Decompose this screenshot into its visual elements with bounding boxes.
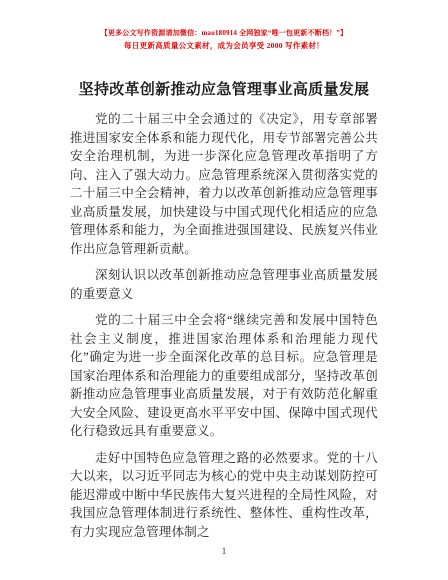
page-title: 坚持改革创新推动应急管理事业高质量发展 [0,78,448,99]
document-page: 【更多公文写作资源请加微信：mao180914 全网独家“唯一包更新不断档！”】… [0,0,448,580]
page-number: 1 [0,546,448,556]
document-body: 党的二十届三中全会通过的《决定》，用专章部署推进国家安全体系和能力现代化，用专节… [70,110,378,541]
promo-header-line2: 每日更新高质量公文素材，成为会员享受 2000 写作素材！ [0,41,448,51]
paragraph-section-heading: 深刻认识以改革创新推动应急管理事业高质量发展的重要意义 [70,266,378,303]
paragraph-significance: 党的二十届三中全会将“继续完善和发展中国特色社会主义制度，推进国家治理体系和治理… [70,311,378,441]
paragraph-requirement: 走好中国特色应急管理之路的必然要求。党的十八大以来，以习近平同志为核心的党中央主… [70,449,378,542]
promo-header: 【更多公文写作资源请加微信：mao180914 全网独家“唯一包更新不断档！”】… [0,0,448,51]
promo-header-line1: 【更多公文写作资源请加微信：mao180914 全网独家“唯一包更新不断档！”】 [0,28,448,38]
paragraph-intro: 党的二十届三中全会通过的《决定》，用专章部署推进国家安全体系和能力现代化，用专节… [70,110,378,258]
